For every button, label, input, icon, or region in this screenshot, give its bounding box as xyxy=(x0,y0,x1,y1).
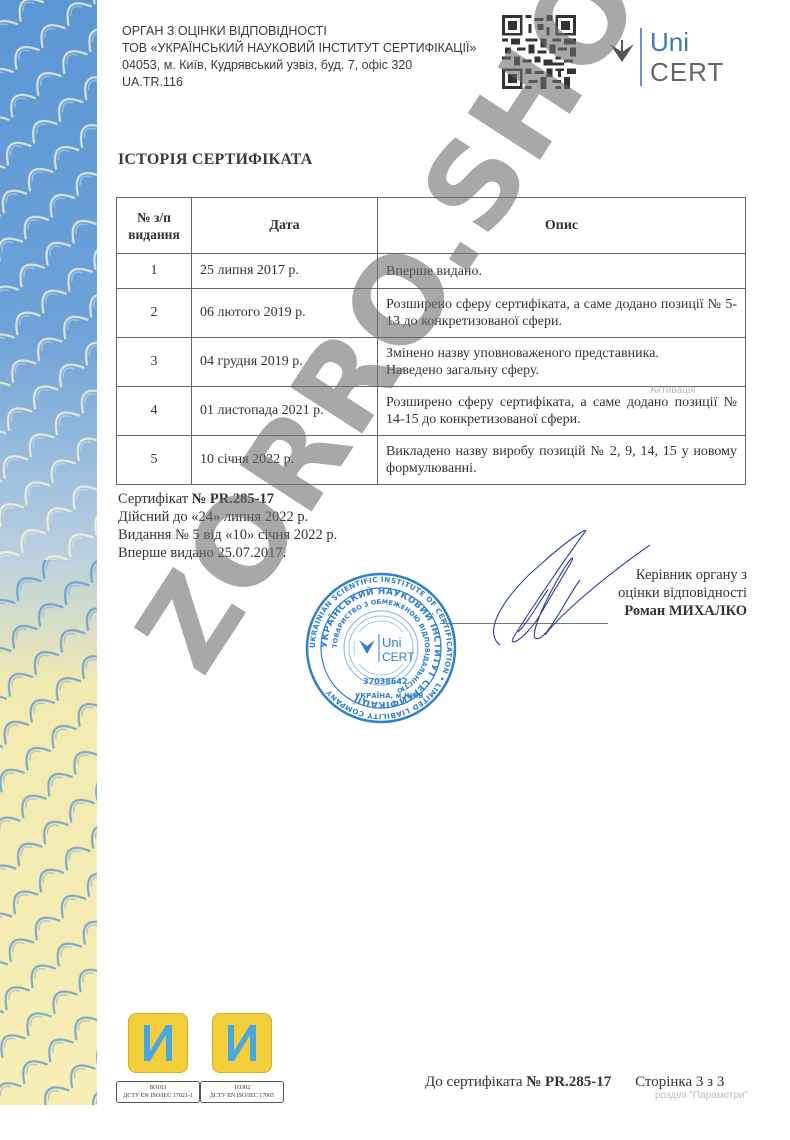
accreditation-label: 8О103 ДСТУ EN ISO/IEC 17021-1 xyxy=(116,1081,200,1103)
svg-text:37038642: 37038642 xyxy=(363,677,408,686)
nauu-logo-icon xyxy=(212,1013,272,1073)
footer-ref-label: До сертифіката xyxy=(425,1074,522,1090)
edition-description: Викладено назву виробу позицій № 2, 9, 1… xyxy=(378,436,746,485)
accreditation-badge-1: 8О103 ДСТУ EN ISO/IEC 17021-1 xyxy=(116,1013,200,1103)
logo-word-cert: CERT xyxy=(650,58,724,86)
official-stamp: UKRAINIAN SCIENTIFIC INSTITUTE OF CERTIF… xyxy=(305,572,457,724)
issuer-header: ОРГАН З ОЦІНКИ ВІДПОВІДНОСТІ ТОВ «УКРАЇН… xyxy=(122,23,476,91)
footer-ref-number: № PR.285-17 xyxy=(526,1074,611,1090)
signature-icon xyxy=(470,520,650,650)
page-number: Сторінка 3 з 3 xyxy=(635,1074,724,1090)
edition-number: 5 xyxy=(117,436,192,485)
nauu-logo-icon xyxy=(128,1013,188,1073)
ghost-activation-text: Активація xyxy=(650,385,695,396)
edition-number: 3 xyxy=(117,338,192,387)
accreditation-label: 1О302 ДСТУ EN ISO/IEC 17065 xyxy=(200,1081,284,1103)
issuer-line-1: ОРГАН З ОЦІНКИ ВІДПОВІДНОСТІ xyxy=(122,23,476,40)
svg-text:Uni: Uni xyxy=(382,635,402,650)
accreditation-badge-2: 1О302 ДСТУ EN ISO/IEC 17065 xyxy=(200,1013,284,1103)
svg-text:CERT: CERT xyxy=(382,650,415,664)
issuer-line-2: ТОВ «УКРАЇНСЬКИЙ НАУКОВИЙ ІНСТИТУТ СЕРТИ… xyxy=(122,40,476,57)
issuer-address: 04053, м. Київ, Кудрявський узвіз, буд. … xyxy=(122,57,476,74)
edition-number: 2 xyxy=(117,289,192,338)
column-header-number: № з/п видання xyxy=(117,198,192,254)
column-header-date: Дата xyxy=(192,198,378,254)
ua-pattern-icon xyxy=(0,0,97,1105)
edition-number: 1 xyxy=(117,254,192,289)
svg-text:УКРАЇНА, м.КИЇВ: УКРАЇНА, м.КИЇВ xyxy=(355,691,424,700)
issuer-code: UA.TR.116 xyxy=(122,74,476,91)
edition-number: 4 xyxy=(117,387,192,436)
security-pattern-strip xyxy=(0,0,97,1105)
ghost-settings-text: розділі "Параметри" xyxy=(655,1090,748,1101)
page-title: ІСТОРІЯ СЕРТИФІКАТА xyxy=(118,151,313,169)
page-footer: До сертифіката № PR.285-17 Сторінка 3 з … xyxy=(425,1074,724,1091)
